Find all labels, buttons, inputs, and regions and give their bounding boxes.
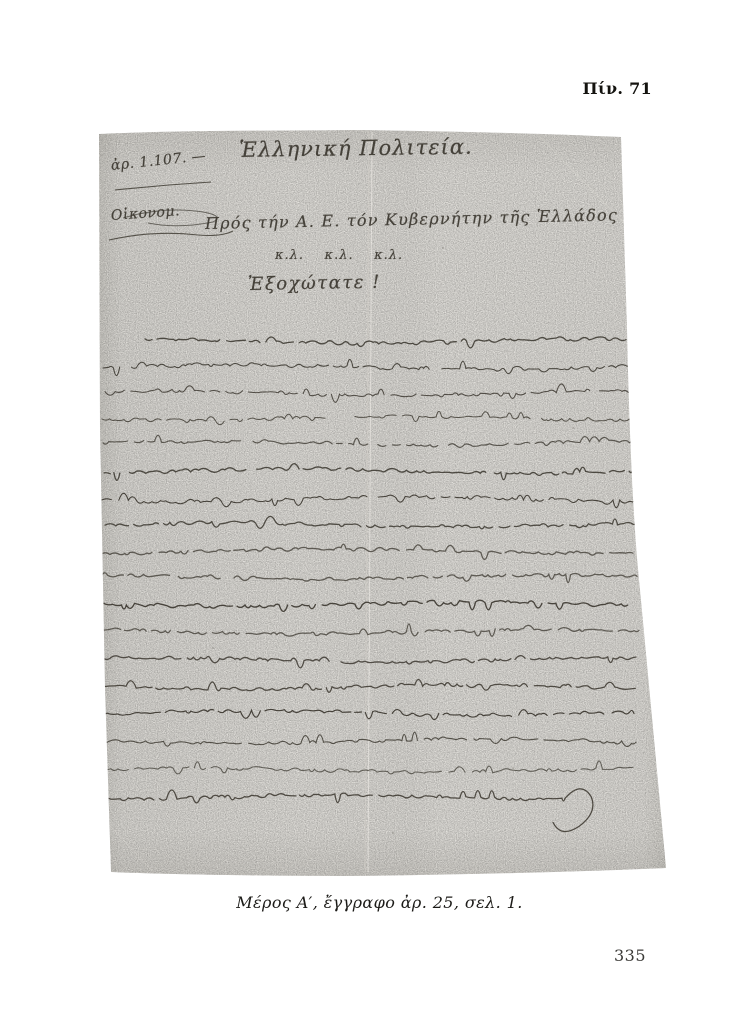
figure-caption: Μέρος Α′, ἔγγραφο ἀρ. 25, σελ. 1. bbox=[8, 893, 743, 912]
manuscript-scan: ἀρ. 1.107. — Οἰκονομ. Ἑλληνική Πολιτεία.… bbox=[93, 128, 671, 876]
paper-grain-texture bbox=[93, 128, 671, 876]
manuscript-heading: Ἑλληνική Πολιτεία. bbox=[231, 135, 481, 162]
plate-label: Πίν. 71 bbox=[583, 79, 652, 98]
book-page: { "page": { "plate_label": "Πίν. 71", "c… bbox=[0, 0, 743, 1027]
manuscript-etc-line: κ.λ. κ.λ. κ.λ. bbox=[275, 248, 403, 263]
manuscript-paper bbox=[93, 128, 671, 876]
page-number: 335 bbox=[614, 946, 646, 965]
manuscript-salutation: Ἐξοχώτατε ! bbox=[248, 272, 381, 295]
